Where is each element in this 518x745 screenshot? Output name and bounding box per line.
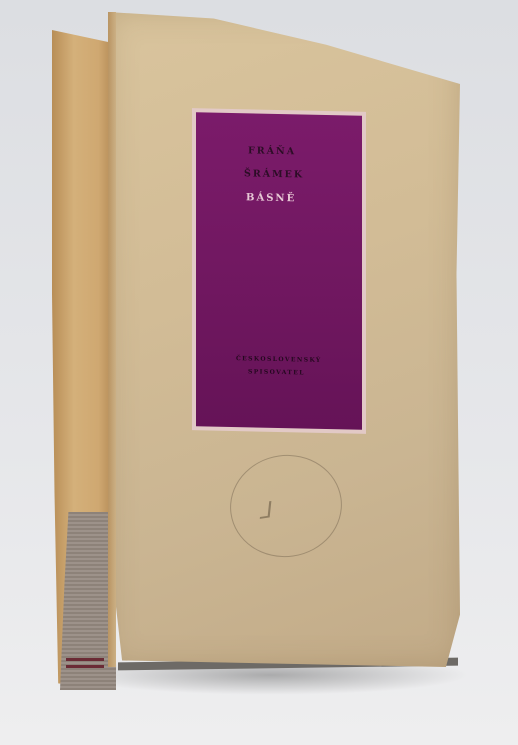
emblem-mark: ᒧ: [256, 498, 273, 525]
cover-fold: [108, 12, 116, 667]
book: FRÁŇA ŠRÁMEK BÁSNĚ ČESKOSLOVENSKÝ SPISOV…: [0, 0, 518, 745]
author-last-name: ŠRÁMEK: [244, 168, 304, 180]
photo-scene: FRÁŇA ŠRÁMEK BÁSNĚ ČESKOSLOVENSKÝ SPISOV…: [0, 0, 518, 745]
book-title: BÁSNĚ: [246, 192, 296, 204]
cover-label: FRÁŇA ŠRÁMEK BÁSNĚ ČESKOSLOVENSKÝ SPISOV…: [192, 108, 366, 434]
publisher-line-2: SPISOVATEL: [248, 368, 305, 376]
spine-stripe-bottom: [66, 665, 104, 668]
cover-label-panel: FRÁŇA ŠRÁMEK BÁSNĚ ČESKOSLOVENSKÝ SPISOV…: [196, 112, 362, 429]
author-first-name: FRÁŇA: [248, 145, 296, 157]
spine-stripe-top: [66, 658, 104, 661]
publisher-line-1: ČESKOSLOVENSKÝ: [236, 355, 322, 364]
